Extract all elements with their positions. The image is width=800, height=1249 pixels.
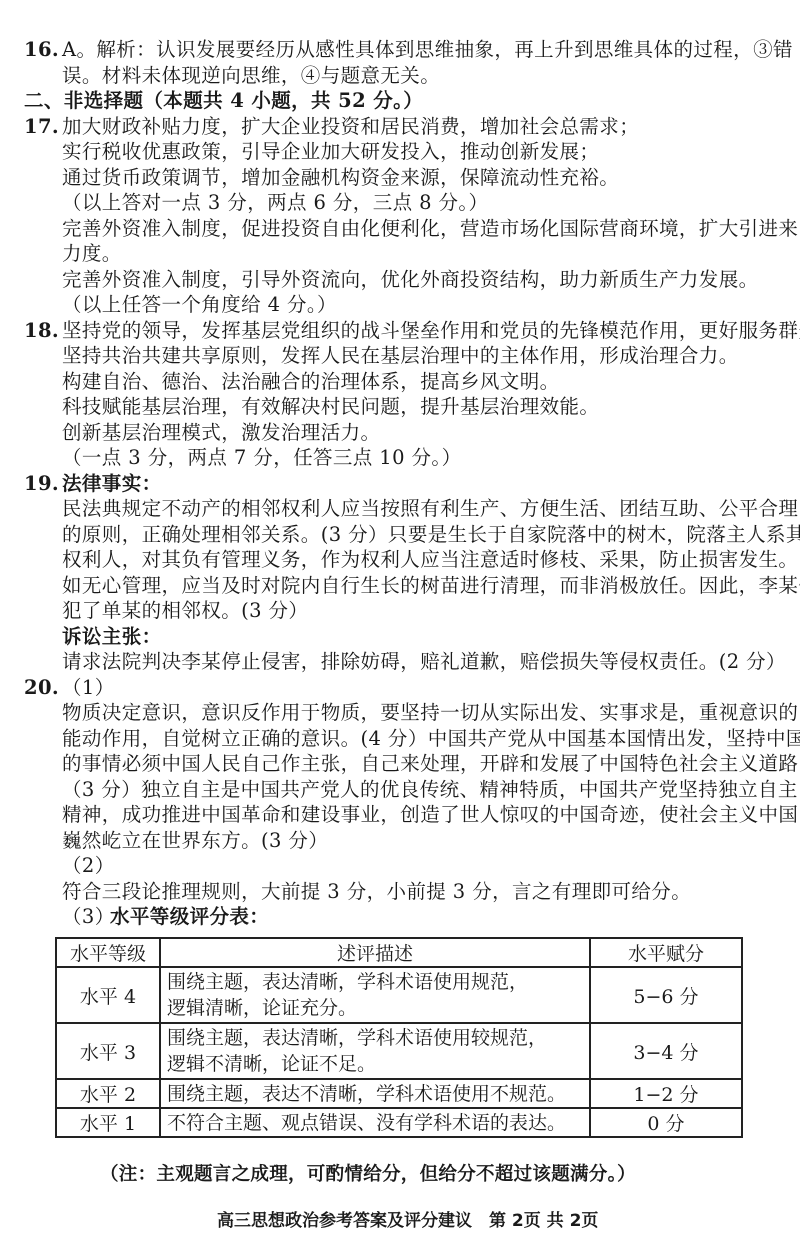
q19-line: 19. 法律事实： [0, 471, 800, 497]
q20-line: 物质决定意识，意识反作用于物质，要坚持一切从实际出发、实事求是，重视意识的 [0, 700, 800, 726]
grading-note: （注：主观题言之成理，可酌情给分，但给分不超过该题满分。） [100, 1160, 636, 1186]
q19-text: 的原则，正确处理相邻关系。(3 分）只要是生长于自家院落中的树木，院落主人系其 [62, 522, 800, 548]
grading-table-header: 水平等级 述评描述 水平赋分 [56, 938, 742, 967]
q20-part3-label: （3） [62, 904, 115, 930]
section-title: 二、非选择题（本题共 4 小题，共 52 分。） [24, 88, 423, 114]
table-row: 水平 1 不符合主题、观点错误、没有学科术语的表达。 0 分 [56, 1108, 742, 1137]
q16-line-1: 16. A。解析：认识发展要经历从感性具体到思维抽象，再上升到思维具体的过程，③… [0, 37, 800, 63]
q16-text: A。解析：认识发展要经历从感性具体到思维抽象，再上升到思维具体的过程，③错 [62, 37, 793, 63]
table-row: 水平 2 围绕主题，表达不清晰，学科术语使用不规范。 1−2 分 [56, 1079, 742, 1108]
q20-text: 符合三段论推理规则，大前提 3 分，小前提 3 分，言之有理即可给分。 [62, 879, 691, 905]
q17-text: 力度。 [62, 241, 122, 267]
description-cell: 不符合主题、观点错误、没有学科术语的表达。 [160, 1108, 590, 1137]
q20-text: （3 分）独立自主是中国共产党人的优良传统、精神特质，中国共产党坚持独立自主 [62, 777, 798, 803]
q18-text: 创新基层治理模式，激发治理活力。 [62, 420, 380, 446]
q18-line: （一点 3 分，两点 7 分，任答三点 10 分。） [0, 445, 800, 471]
q17-text: 完善外资准入制度，引导外资流向，优化外商投资结构，助力新质生产力发展。 [62, 267, 759, 293]
q20-line: 巍然屹立在世界东方。(3 分） [0, 828, 800, 854]
q19-text: 民法典规定不动产的相邻权利人应当按照有利生产、方便生活、团结互助、公平合理 [62, 496, 798, 522]
table-row: 水平 3 围绕主题，表达清晰，学科术语使用较规范， 逻辑不清晰，论证不足。 3−… [56, 1023, 742, 1079]
q17-text: 完善外资准入制度，促进投资自由化便利化，营造市场化国际营商环境，扩大引进来 [62, 216, 798, 242]
q20-text: 能动作用，自觉树立正确的意识。(4 分）中国共产党从中国基本国情出发，坚持中国 [62, 726, 800, 752]
q19-text: 权利人，对其负有管理义务，作为权利人应当注意适时修枝、采果，防止损害发生。 [62, 547, 798, 573]
q20-part1-label: （1） [62, 675, 115, 701]
q17-line: 通过货币政策调节，增加金融机构资金来源，保障流动性充裕。 [0, 165, 800, 191]
q20-line: （3 分）独立自主是中国共产党人的优良传统、精神特质，中国共产党坚持独立自主 [0, 777, 800, 803]
q18-line: 坚持共治共建共享原则，发挥人民在基层治理中的主体作用，形成治理合力。 [0, 343, 800, 369]
q18-line: 18. 坚持党的领导，发挥基层党组织的战斗堡垒作用和党员的先锋模范作用，更好服务… [0, 318, 800, 344]
q18-text: 坚持共治共建共享原则，发挥人民在基层治理中的主体作用，形成治理合力。 [62, 343, 739, 369]
q17-line: 完善外资准入制度，促进投资自由化便利化，营造市场化国际营商环境，扩大引进来 [0, 216, 800, 242]
q19-facts-heading: 法律事实： [62, 471, 162, 497]
q20-line: 符合三段论推理规则，大前提 3 分，小前提 3 分，言之有理即可给分。 [0, 879, 800, 905]
q20-line: 20. （1） [0, 675, 800, 701]
section-heading: 二、非选择题（本题共 4 小题，共 52 分。） [0, 88, 800, 114]
q18-line: 构建自治、德治、法治融合的治理体系，提高乡风文明。 [0, 369, 800, 395]
q17-line: 力度。 [0, 241, 800, 267]
q18-line: 科技赋能基层治理，有效解决村民问题，提升基层治理效能。 [0, 394, 800, 420]
q18-text: 科技赋能基层治理，有效解决村民问题，提升基层治理效能。 [62, 394, 599, 420]
q17-score-note: （以上任答一个角度给 4 分。） [62, 292, 337, 318]
q20-text: 物质决定意识，意识反作用于物质，要坚持一切从实际出发、实事求是，重视意识的 [62, 700, 798, 726]
q20-part3-title: 水平等级评分表： [110, 904, 269, 930]
answer-body: 16. A。解析：认识发展要经历从感性具体到思维抽象，再上升到思维具体的过程，③… [0, 37, 800, 930]
q20-line: （3） 水平等级评分表： [0, 904, 800, 930]
q20-line: （2） [0, 853, 800, 879]
q20-line: 的事情必须中国人民自己作主张，自己来处理，开辟和发展了中国特色社会主义道路； [0, 751, 800, 777]
q18-text: 构建自治、德治、法治融合的治理体系，提高乡风文明。 [62, 369, 560, 395]
q17-number: 17. [24, 114, 59, 140]
table-row: 水平 4 围绕主题，表达清晰，学科术语使用规范， 逻辑清晰，论证充分。 5−6 … [56, 967, 742, 1023]
q18-line: 创新基层治理模式，激发治理活力。 [0, 420, 800, 446]
q17-score-note: （以上答对一点 3 分，两点 6 分，三点 8 分。） [62, 190, 488, 216]
answer-key-page: 16. A。解析：认识发展要经历从感性具体到思维抽象，再上升到思维具体的过程，③… [0, 0, 800, 1249]
description-line: 围绕主题，表达清晰，学科术语使用规范， [167, 969, 583, 995]
description-line: 逻辑清晰，论证充分。 [167, 995, 583, 1021]
score-cell: 1−2 分 [590, 1079, 742, 1108]
q18-score-note: （一点 3 分，两点 7 分，任答三点 10 分。） [62, 445, 461, 471]
q19-line: 犯了单某的相邻权。(3 分） [0, 598, 800, 624]
q17-line: 17. 加大财政补贴力度，扩大企业投资和居民消费，增加社会总需求； [0, 114, 800, 140]
score-cell: 5−6 分 [590, 967, 742, 1023]
description-cell: 围绕主题，表达不清晰，学科术语使用不规范。 [160, 1079, 590, 1108]
header-score: 水平赋分 [590, 938, 742, 967]
q19-line: 权利人，对其负有管理义务，作为权利人应当注意适时修枝、采果，防止损害发生。 [0, 547, 800, 573]
q19-text: 请求法院判决李某停止侵害，排除妨碍，赔礼道歉，赔偿损失等侵权责任。(2 分） [62, 649, 786, 675]
q18-number: 18. [24, 318, 59, 344]
q20-line: 精神，成功推进中国革命和建设事业，创造了世人惊叹的中国奇迹，使社会主义中国 [0, 802, 800, 828]
q17-text: 通过货币政策调节，增加金融机构资金来源，保障流动性充裕。 [62, 165, 619, 191]
q17-line: 完善外资准入制度，引导外资流向，优化外商投资结构，助力新质生产力发展。 [0, 267, 800, 293]
q19-line: 请求法院判决李某停止侵害，排除妨碍，赔礼道歉，赔偿损失等侵权责任。(2 分） [0, 649, 800, 675]
page-footer: 高三思想政治参考答案及评分建议 第 2页 共 2页 [217, 1206, 598, 1231]
q20-text: 精神，成功推进中国革命和建设事业，创造了世人惊叹的中国奇迹，使社会主义中国 [62, 802, 798, 828]
q19-text: 犯了单某的相邻权。(3 分） [62, 598, 308, 624]
q19-line: 的原则，正确处理相邻关系。(3 分）只要是生长于自家院落中的树木，院落主人系其 [0, 522, 800, 548]
score-cell: 3−4 分 [590, 1023, 742, 1079]
q19-number: 19. [24, 471, 59, 497]
header-level: 水平等级 [56, 938, 160, 967]
q20-text: 巍然屹立在世界东方。(3 分） [62, 828, 328, 854]
q19-line: 如无心管理，应当及时对院内自行生长的树苗进行清理，而非消极放任。因此，李某侵 [0, 573, 800, 599]
level-cell: 水平 2 [56, 1079, 160, 1108]
description-line: 逻辑不清晰，论证不足。 [167, 1051, 583, 1077]
level-cell: 水平 3 [56, 1023, 160, 1079]
q17-text: 加大财政补贴力度，扩大企业投资和居民消费，增加社会总需求； [62, 114, 639, 140]
q20-line: 能动作用，自觉树立正确的意识。(4 分）中国共产党从中国基本国情出发，坚持中国 [0, 726, 800, 752]
q17-line: 实行税收优惠政策，引导企业加大研发投入，推动创新发展； [0, 139, 800, 165]
description-line: 围绕主题，表达清晰，学科术语使用较规范， [167, 1025, 583, 1051]
q17-line: （以上任答一个角度给 4 分。） [0, 292, 800, 318]
q19-line: 民法典规定不动产的相邻权利人应当按照有利生产、方便生活、团结互助、公平合理 [0, 496, 800, 522]
level-cell: 水平 1 [56, 1108, 160, 1137]
grading-table: 水平等级 述评描述 水平赋分 水平 4 围绕主题，表达清晰，学科术语使用规范， … [55, 937, 743, 1138]
q20-part2-label: （2） [62, 853, 115, 879]
q16-line-2: 误。材料未体现逆向思维，④与题意无关。 [0, 63, 800, 89]
q17-text: 实行税收优惠政策，引导企业加大研发投入，推动创新发展； [62, 139, 599, 165]
q19-line: 诉讼主张： [0, 624, 800, 650]
level-cell: 水平 4 [56, 967, 160, 1023]
description-cell: 围绕主题，表达清晰，学科术语使用较规范， 逻辑不清晰，论证不足。 [160, 1023, 590, 1079]
q20-number: 20. [24, 675, 59, 701]
q20-text: 的事情必须中国人民自己作主张，自己来处理，开辟和发展了中国特色社会主义道路； [62, 751, 800, 777]
q18-text: 坚持党的领导，发挥基层党组织的战斗堡垒作用和党员的先锋模范作用，更好服务群众。 [62, 318, 800, 344]
description-cell: 围绕主题，表达清晰，学科术语使用规范， 逻辑清晰，论证充分。 [160, 967, 590, 1023]
q16-text: 误。材料未体现逆向思维，④与题意无关。 [62, 63, 440, 89]
q19-text: 如无心管理，应当及时对院内自行生长的树苗进行清理，而非消极放任。因此，李某侵 [62, 573, 800, 599]
q17-line: （以上答对一点 3 分，两点 6 分，三点 8 分。） [0, 190, 800, 216]
header-description: 述评描述 [160, 938, 590, 967]
q19-claim-heading: 诉讼主张： [62, 624, 162, 650]
q16-number: 16. [24, 37, 59, 63]
score-cell: 0 分 [590, 1108, 742, 1137]
